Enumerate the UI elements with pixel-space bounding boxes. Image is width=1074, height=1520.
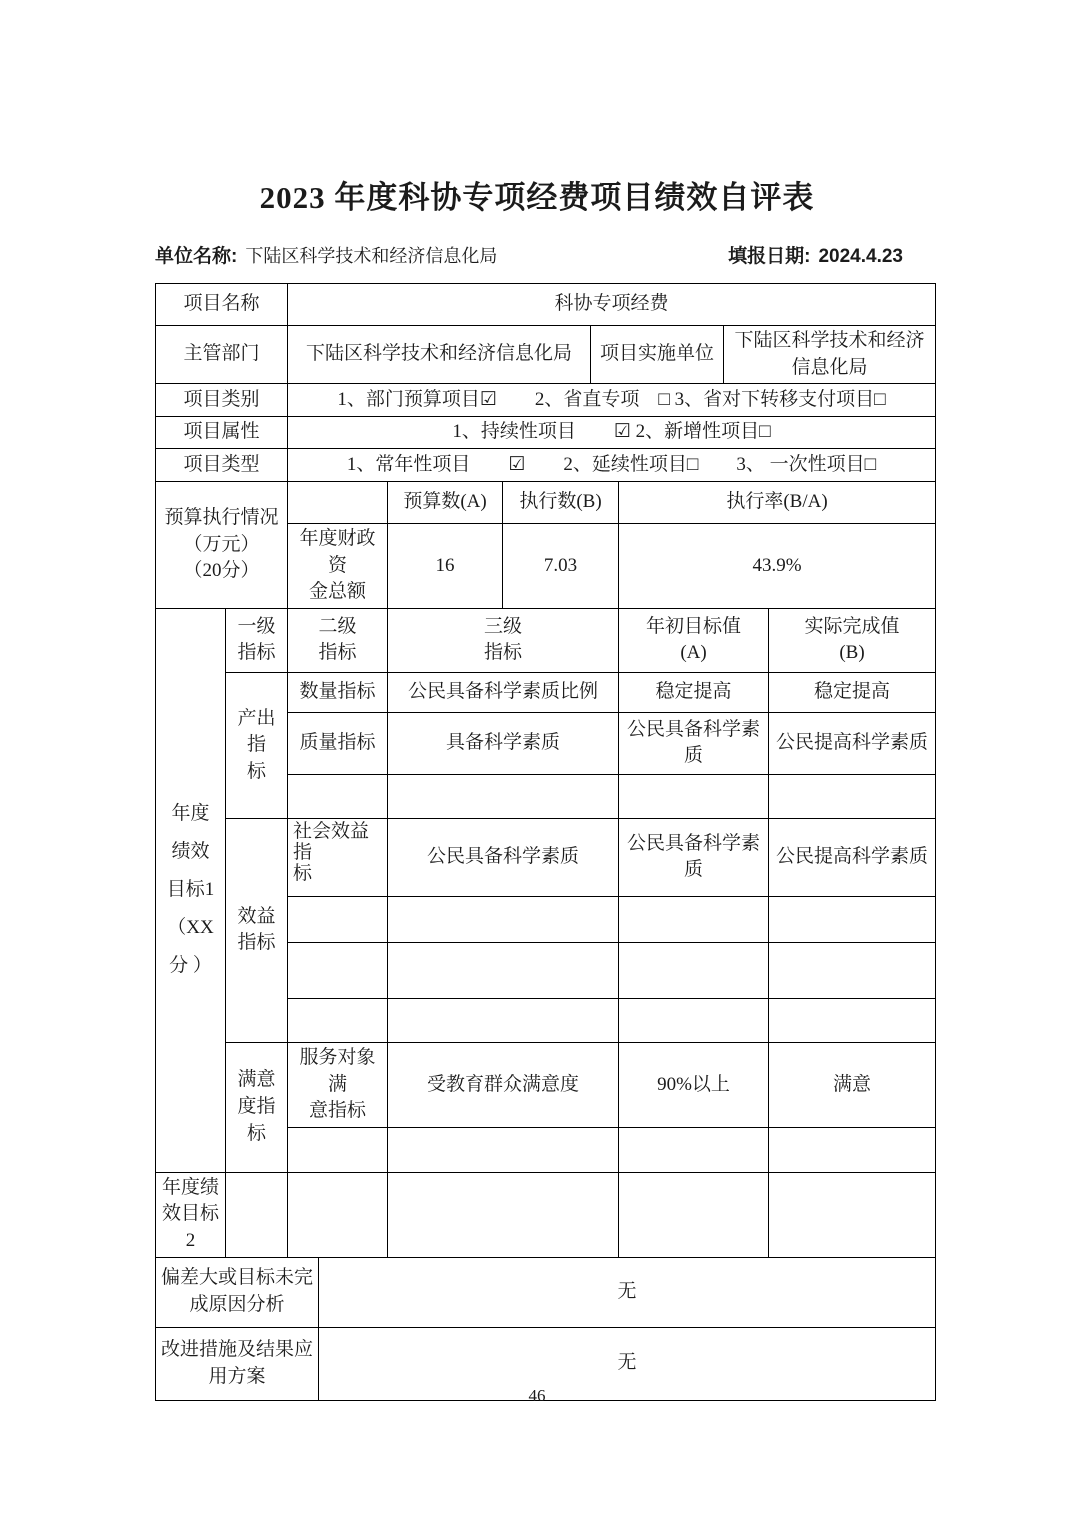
empty-cell bbox=[769, 1172, 936, 1257]
empty-cell bbox=[388, 774, 619, 818]
social-actual: 公民提高科学素质 bbox=[769, 818, 936, 896]
empty-cell bbox=[226, 1172, 288, 1257]
exec-value: 7.03 bbox=[503, 524, 619, 609]
budget-fund-label: 年度财政资 金总额 bbox=[288, 524, 388, 609]
report-date-group: 填报日期: 2024.4.23 bbox=[728, 241, 903, 268]
quantity-actual: 稳定提高 bbox=[769, 672, 936, 712]
empty-cell bbox=[388, 942, 619, 998]
page-number: 46 bbox=[0, 1386, 1074, 1406]
satisfaction-indicator-label: 满意 度指 标 bbox=[226, 1042, 288, 1172]
empty-cell bbox=[619, 774, 769, 818]
budget-col-rate: 执行率(B/A) bbox=[619, 482, 936, 524]
quantity-target: 稳定提高 bbox=[619, 672, 769, 712]
unit-name-label: 单位名称: bbox=[155, 241, 237, 268]
empty-cell bbox=[288, 1172, 388, 1257]
document-page: 2023 年度科协专项经费项目绩效自评表 单位名称: 下陆区科学技术和经济信息化… bbox=[0, 0, 1074, 1520]
quality-l3: 具备科学素质 bbox=[388, 712, 619, 774]
empty-cell bbox=[619, 942, 769, 998]
deviation-row: 偏差大或目标未完 成原因分析 无 bbox=[156, 1257, 936, 1327]
empty-cell bbox=[388, 896, 619, 942]
social-l2: 社会效益指 标 bbox=[288, 818, 388, 896]
service-satisfaction-row: 满意 度指 标 服务对象满 意指标 受教育群众满意度 90%以上 满意 bbox=[156, 1042, 936, 1127]
type-label: 项目类型 bbox=[156, 449, 288, 482]
service-l2: 服务对象满 意指标 bbox=[288, 1042, 388, 1127]
project-name-label: 项目名称 bbox=[156, 284, 288, 326]
dept-value: 下陆区科学技术和经济信息化局 bbox=[288, 326, 591, 384]
report-date-value: 2024.4.23 bbox=[818, 246, 903, 268]
attribute-row: 项目属性 1、持续性项目 ☑ 2、新增性项目□ bbox=[156, 417, 936, 449]
category-label: 项目类别 bbox=[156, 384, 288, 417]
category-value: 1、部门预算项目☑ 2、省直专项 □ 3、省对下转移支付项目□ bbox=[288, 384, 936, 417]
empty-cell bbox=[769, 998, 936, 1042]
evaluation-table: 项目名称 科协专项经费 主管部门 下陆区科学技术和经济信息化局 项目实施单位 下… bbox=[155, 283, 936, 1401]
quality-l2: 质量指标 bbox=[288, 712, 388, 774]
dept-label: 主管部门 bbox=[156, 326, 288, 384]
budget-header-row: 预算执行情况 （万元） （20分） 预算数(A) 执行数(B) 执行率(B/A) bbox=[156, 482, 936, 524]
type-row: 项目类型 1、常年性项目 ☑ 2、延续性项目□ 3、 一次性项目□ bbox=[156, 449, 936, 482]
empty-cell bbox=[388, 998, 619, 1042]
impl-unit-label: 项目实施单位 bbox=[591, 326, 724, 384]
benefit-indicator-label: 效益 指标 bbox=[226, 818, 288, 1042]
header-level3: 三级 指标 bbox=[388, 608, 619, 672]
empty-cell bbox=[288, 998, 388, 1042]
social-l3: 公民具备科学素质 bbox=[388, 818, 619, 896]
report-date-label: 填报日期: bbox=[728, 241, 810, 268]
document-title: 2023 年度科协专项经费项目绩效自评表 bbox=[0, 172, 1074, 217]
rate-value: 43.9% bbox=[619, 524, 936, 609]
empty-cell bbox=[388, 1172, 619, 1257]
empty-cell bbox=[769, 896, 936, 942]
unit-name-value: 下陆区科学技术和经济信息化局 bbox=[245, 242, 497, 268]
deviation-value: 无 bbox=[319, 1257, 936, 1327]
social-target: 公民具备科学素质 bbox=[619, 818, 769, 896]
empty-cell bbox=[619, 1172, 769, 1257]
budget-value: 16 bbox=[388, 524, 503, 609]
empty-cell bbox=[769, 942, 936, 998]
impl-unit-value: 下陆区科学技术和经济信息化局 bbox=[724, 326, 936, 384]
header-actual: 实际完成值 (B) bbox=[769, 608, 936, 672]
empty-cell bbox=[619, 998, 769, 1042]
perf-goal2-row: 年度绩 效目标2 bbox=[156, 1172, 936, 1257]
quantity-l2: 数量指标 bbox=[288, 672, 388, 712]
attribute-value: 1、持续性项目 ☑ 2、新增性项目□ bbox=[288, 417, 936, 449]
empty-cell bbox=[619, 896, 769, 942]
empty-cell bbox=[769, 1127, 936, 1172]
output-indicator-label: 产出指 标 bbox=[226, 672, 288, 818]
project-name-row: 项目名称 科协专项经费 bbox=[156, 284, 936, 326]
perf-goal1-label: 年度 绩效 目标1 （XX 分 ） bbox=[156, 608, 226, 1172]
empty-cell bbox=[769, 774, 936, 818]
dept-row: 主管部门 下陆区科学技术和经济信息化局 项目实施单位 下陆区科学技术和经济信息化… bbox=[156, 326, 936, 384]
meta-row: 单位名称: 下陆区科学技术和经济信息化局 填报日期: 2024.4.23 bbox=[155, 241, 935, 268]
empty-cell bbox=[288, 774, 388, 818]
header-level2: 二级 指标 bbox=[288, 608, 388, 672]
project-name-value: 科协专项经费 bbox=[288, 284, 936, 326]
budget-sub-label-empty bbox=[288, 482, 388, 524]
empty-cell bbox=[619, 1127, 769, 1172]
service-actual: 满意 bbox=[769, 1042, 936, 1127]
empty-cell bbox=[288, 942, 388, 998]
attribute-label: 项目属性 bbox=[156, 417, 288, 449]
perf-goal2-label: 年度绩 效目标2 bbox=[156, 1172, 226, 1257]
unit-name-group: 单位名称: 下陆区科学技术和经济信息化局 bbox=[155, 241, 497, 268]
type-value: 1、常年性项目 ☑ 2、延续性项目□ 3、 一次性项目□ bbox=[288, 449, 936, 482]
quantity-l3: 公民具备科学素质比例 bbox=[388, 672, 619, 712]
empty-cell bbox=[288, 896, 388, 942]
empty-cell bbox=[288, 1127, 388, 1172]
quality-actual: 公民提高科学素质 bbox=[769, 712, 936, 774]
deviation-label: 偏差大或目标未完 成原因分析 bbox=[156, 1257, 319, 1327]
social-benefit-row: 效益 指标 社会效益指 标 公民具备科学素质 公民具备科学素质 公民提高科学素质 bbox=[156, 818, 936, 896]
service-l3: 受教育群众满意度 bbox=[388, 1042, 619, 1127]
header-target: 年初目标值 (A) bbox=[619, 608, 769, 672]
quantity-indicator-row: 产出指 标 数量指标 公民具备科学素质比例 稳定提高 稳定提高 bbox=[156, 672, 936, 712]
category-row: 项目类别 1、部门预算项目☑ 2、省直专项 □ 3、省对下转移支付项目□ bbox=[156, 384, 936, 417]
budget-section-label: 预算执行情况 （万元） （20分） bbox=[156, 482, 288, 609]
budget-col-exec: 执行数(B) bbox=[503, 482, 619, 524]
quality-target: 公民具备科学素质 bbox=[619, 712, 769, 774]
indicator-header-row: 年度 绩效 目标1 （XX 分 ） 一级 指标 二级 指标 三级 指标 年初目标… bbox=[156, 608, 936, 672]
empty-cell bbox=[388, 1127, 619, 1172]
header-level1: 一级 指标 bbox=[226, 608, 288, 672]
service-target: 90%以上 bbox=[619, 1042, 769, 1127]
budget-col-budget: 预算数(A) bbox=[388, 482, 503, 524]
